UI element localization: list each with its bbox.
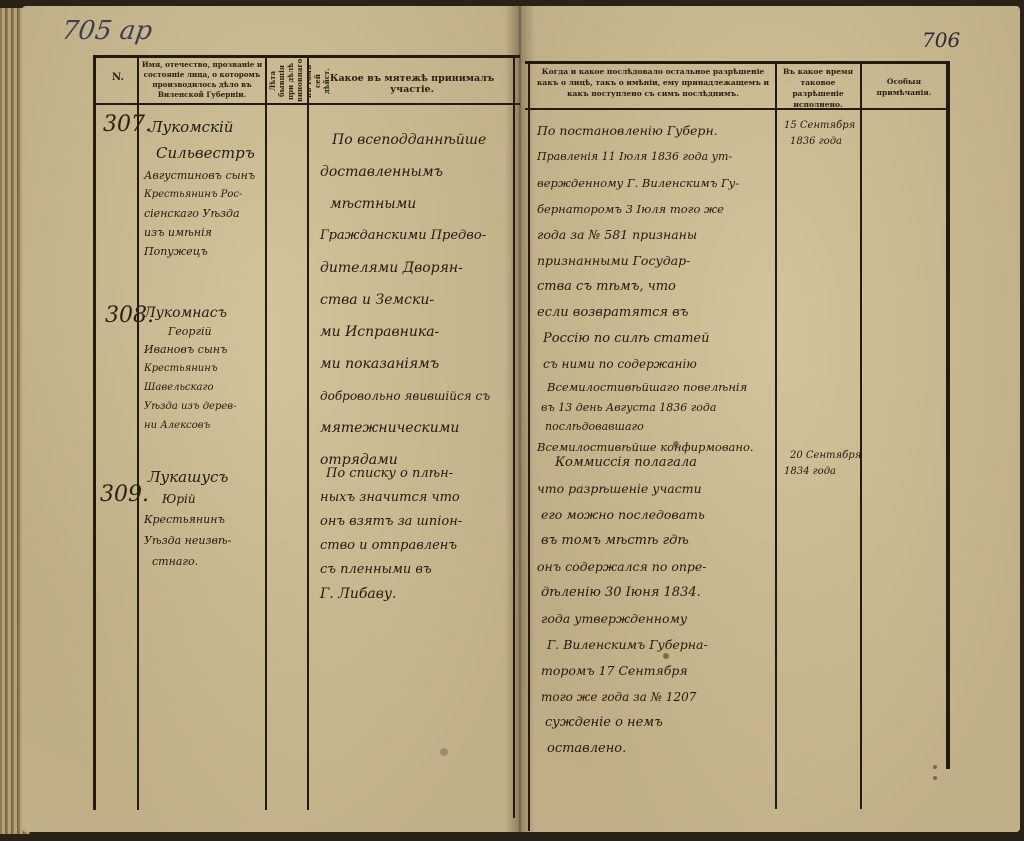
resolution-line: Всемилостивѣйшаго повелѣнія xyxy=(537,376,773,398)
name-line: Шавельскаго xyxy=(144,378,264,397)
participation-line: ныхъ значится что xyxy=(320,486,510,510)
participation-line: ство и отправленъ xyxy=(320,534,510,558)
header-no: N. xyxy=(100,72,136,83)
folio-number: 706 xyxy=(922,28,960,52)
resolution-line: послѣдовавшаго xyxy=(537,418,773,436)
resolution-line: ства съ тѣмъ, что xyxy=(537,274,773,300)
left-inner-border xyxy=(513,58,515,818)
entry-name-cell: Лукомнасъ Георгій Ивановъ сынъ Крестьяни… xyxy=(144,302,264,435)
name-line: Лукомскій xyxy=(144,114,264,140)
name-line: Крестьянинъ xyxy=(144,509,264,530)
resolution-line: Г. Виленскимъ Губерна- xyxy=(537,632,773,658)
resolution-line: признанными Государ- xyxy=(537,248,773,274)
ink-blot xyxy=(933,776,937,780)
ink-blot xyxy=(933,765,937,769)
resolution-line: Россію по силѣ статей xyxy=(537,326,773,352)
name-line: ни Алексовъ xyxy=(144,416,264,435)
participation-line: По списку о плѣн- xyxy=(320,462,510,486)
name-line: Уѣзда изъ дерев- xyxy=(144,397,264,416)
name-line: Крестьянинъ xyxy=(144,359,264,378)
ledger-spread: 705 ар 706 N. Имя, отечество, прозваніе … xyxy=(0,0,1024,841)
col-divider-age-participation xyxy=(307,58,309,810)
header-notes: Особыя примѣчанія. xyxy=(862,76,946,98)
participation-line: съ пленными въ xyxy=(320,558,510,582)
right-inner-border xyxy=(528,61,530,831)
executed-line: 20 Сентября xyxy=(780,448,858,464)
participation-line: По всеподданнѣйше xyxy=(320,124,510,156)
name-line: стнаго. xyxy=(144,551,264,572)
participation-line: ми показаніямъ xyxy=(320,348,510,380)
right-top-rule xyxy=(525,61,950,64)
name-line: Лукомнасъ xyxy=(144,302,264,324)
resolution-line: онъ содержался по опре- xyxy=(537,554,773,580)
entry-participation-cell: По всеподданнѣйше доставленнымъ мѣстными… xyxy=(320,124,510,476)
name-line: Юрій xyxy=(144,489,264,509)
resolution-line: съ ними по содержанію xyxy=(537,352,773,376)
entry-name-cell: Лукомскій Сильвестръ Августиновъ сынъ Кр… xyxy=(144,114,264,261)
resolution-line: торомъ 17 Сентября xyxy=(537,658,773,684)
resolution-line: Правленія 11 Іюля 1836 года ут- xyxy=(537,144,773,170)
resolution-line: того же года за № 1207 xyxy=(537,684,773,710)
entry-participation-cell: По списку о плѣн- ныхъ значится что онъ … xyxy=(320,462,510,606)
entry-number: 309. xyxy=(100,482,149,507)
name-line: Ивановъ сынъ xyxy=(144,340,264,359)
resolution-line: его можно последовать xyxy=(537,502,773,528)
name-line: изъ имѣнія xyxy=(144,223,264,242)
resolution-line: По постановленію Губерн. xyxy=(537,118,773,144)
name-line: Уѣзда неизвѣ- xyxy=(144,530,264,551)
executed-line: 15 Сентября xyxy=(780,118,858,134)
participation-line: дителями Дворян- xyxy=(320,252,510,284)
entry-executed-cell: 15 Сентября 1836 года xyxy=(780,118,858,150)
header-name: Имя, отечество, прозваніе и состояніе ли… xyxy=(140,60,264,100)
name-line: Георгій xyxy=(144,324,264,340)
name-line: Крестьянинъ Рос- xyxy=(144,185,264,204)
participation-line: мятежническими xyxy=(320,412,510,444)
name-line: сіенскаго Уѣзда xyxy=(144,204,264,223)
resolution-line: въ томъ мѣстѣ гдѣ xyxy=(537,528,773,554)
participation-line: Г. Либаву. xyxy=(320,582,510,606)
header-participation: Какое въ мятежѣ принималъ участіе. xyxy=(312,73,512,95)
left-outer-border xyxy=(93,55,96,810)
entry-name-cell: Лукашусъ Юрій Крестьянинъ Уѣзда неизвѣ- … xyxy=(144,465,264,572)
entry-resolution-cell: По постановленію Губерн. Правленія 11 Ію… xyxy=(537,118,773,458)
ink-blot xyxy=(673,441,679,447)
resolution-line: въ 13 день Августа 1836 года xyxy=(537,398,773,418)
header-age: Лѣта бывшія при дѣлѣ виновнаго въ томъ с… xyxy=(268,60,306,102)
name-line: Августиновъ сынъ xyxy=(144,166,264,185)
participation-line: добровольно явившійся съ xyxy=(320,380,510,412)
resolution-line: Коммиссія полагала xyxy=(537,450,773,476)
header-resolution: Когда и какое послѣдовало остальное разр… xyxy=(532,66,774,99)
executed-line: 1834 года xyxy=(780,464,858,480)
col-divider-resolution-executed xyxy=(775,64,777,809)
entry-resolution-cell: Коммиссія полагала что разрѣшеніе участи… xyxy=(537,450,773,762)
name-line: Сильвестръ xyxy=(144,140,264,166)
paper-spot xyxy=(440,748,448,756)
col-divider-executed-notes xyxy=(860,64,862,809)
right-header-bottom-rule xyxy=(525,108,950,110)
participation-line: мѣстными xyxy=(320,188,510,220)
resolution-line: вержденному Г. Виленскимъ Гу- xyxy=(537,170,773,196)
resolution-line: года за № 581 признаны xyxy=(537,222,773,248)
resolution-line: сужденіе о немъ xyxy=(537,710,773,736)
resolution-line: что разрѣшеніе участи xyxy=(537,476,773,502)
resolution-line: оставлено. xyxy=(537,736,773,762)
right-outer-border xyxy=(946,64,950,769)
ink-blot xyxy=(663,653,669,659)
col-divider-name-age xyxy=(265,58,267,810)
executed-line: 1836 года xyxy=(780,134,858,150)
resolution-line: года утвержденному xyxy=(537,606,773,632)
header-executed: Въ какое время таковое разрѣшеніе исполн… xyxy=(777,66,859,110)
name-line: Лукашусъ xyxy=(144,465,264,489)
name-line: Попужецъ xyxy=(144,242,264,261)
resolution-line: дѣленію 30 Іюня 1834. xyxy=(537,580,773,606)
participation-line: онъ взятъ за шпіон- xyxy=(320,510,510,534)
col-divider-no-name xyxy=(137,58,139,810)
participation-line: ства и Земски- xyxy=(320,284,510,316)
participation-line: доставленнымъ xyxy=(320,156,510,188)
participation-line: Гражданскими Предво- xyxy=(320,220,510,252)
archive-number: 705 ар xyxy=(60,16,154,46)
resolution-line: бернаторомъ 3 Іюля того же xyxy=(537,196,773,222)
participation-line: ми Исправника- xyxy=(320,316,510,348)
resolution-line: если возвратятся въ xyxy=(537,300,773,326)
entry-executed-cell: 20 Сентября 1834 года xyxy=(780,448,858,480)
